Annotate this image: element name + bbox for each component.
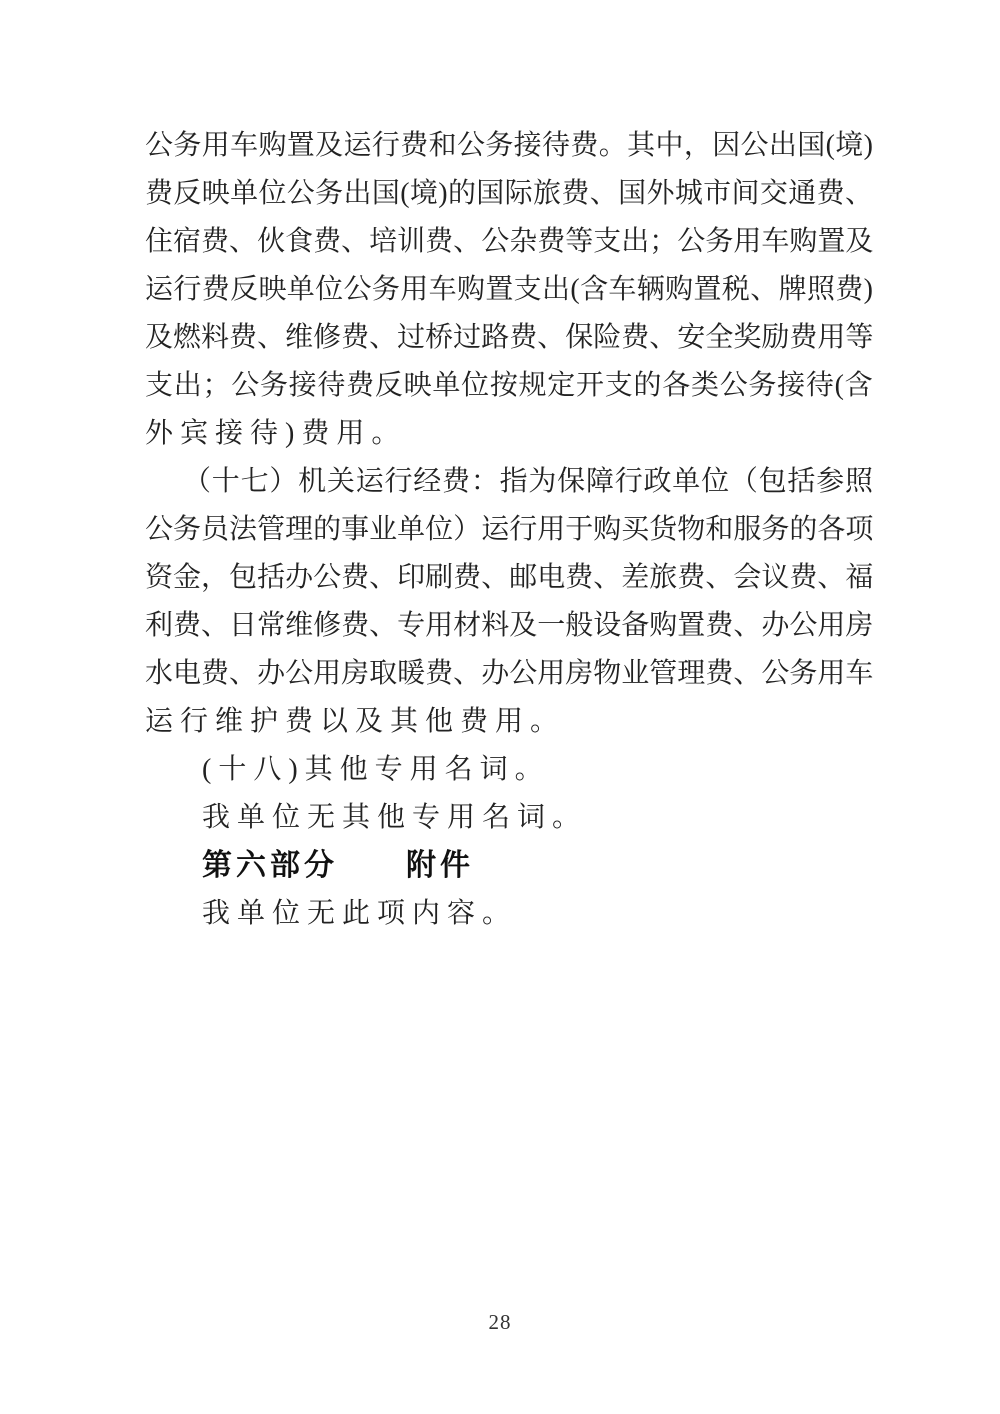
text-line: 住宿费、伙食费、培训费、公杂费等支出；公务用车购置及	[145, 218, 873, 266]
text-line: 公务用车购置及运行费和公务接待费。其中，因公出国(境)	[145, 122, 873, 170]
document-body: 公务用车购置及运行费和公务接待费。其中，因公出国(境)费反映单位公务出国(境)的…	[145, 122, 873, 938]
document-page: 公务用车购置及运行费和公务接待费。其中，因公出国(境)费反映单位公务出国(境)的…	[0, 0, 1000, 1414]
text-line: 及燃料费、维修费、过桥过路费、保险费、安全奖励费用等	[145, 314, 873, 362]
section-heading: 第六部分 附件	[145, 842, 873, 890]
text-line: 我单位无此项内容。	[145, 890, 873, 938]
text-line: 利费、日常维修费、专用材料及一般设备购置费、办公用房	[145, 602, 873, 650]
text-line: 运行费反映单位公务用车购置支出(含车辆购置税、牌照费)	[145, 266, 873, 314]
text-line: 费反映单位公务出国(境)的国际旅费、国外城市间交通费、	[145, 170, 873, 218]
page-footer: 28	[0, 1308, 1000, 1336]
text-line: 水电费、办公用房取暖费、办公用房物业管理费、公务用车	[145, 650, 873, 698]
text-line: 运行维护费以及其他费用。	[145, 698, 873, 746]
text-line: 支出；公务接待费反映单位按规定开支的各类公务接待(含	[145, 362, 873, 410]
text-line: 我单位无其他专用名词。	[145, 794, 873, 842]
text-line: 公务员法管理的事业单位）运行用于购买货物和服务的各项	[145, 506, 873, 554]
text-line: 外宾接待)费用。	[145, 410, 873, 458]
text-line: （十七）机关运行经费：指为保障行政单位（包括参照	[145, 458, 873, 506]
page-number: 28	[489, 1310, 512, 1334]
text-line: 资金，包括办公费、印刷费、邮电费、差旅费、会议费、福	[145, 554, 873, 602]
text-line: (十八)其他专用名词。	[145, 746, 873, 794]
